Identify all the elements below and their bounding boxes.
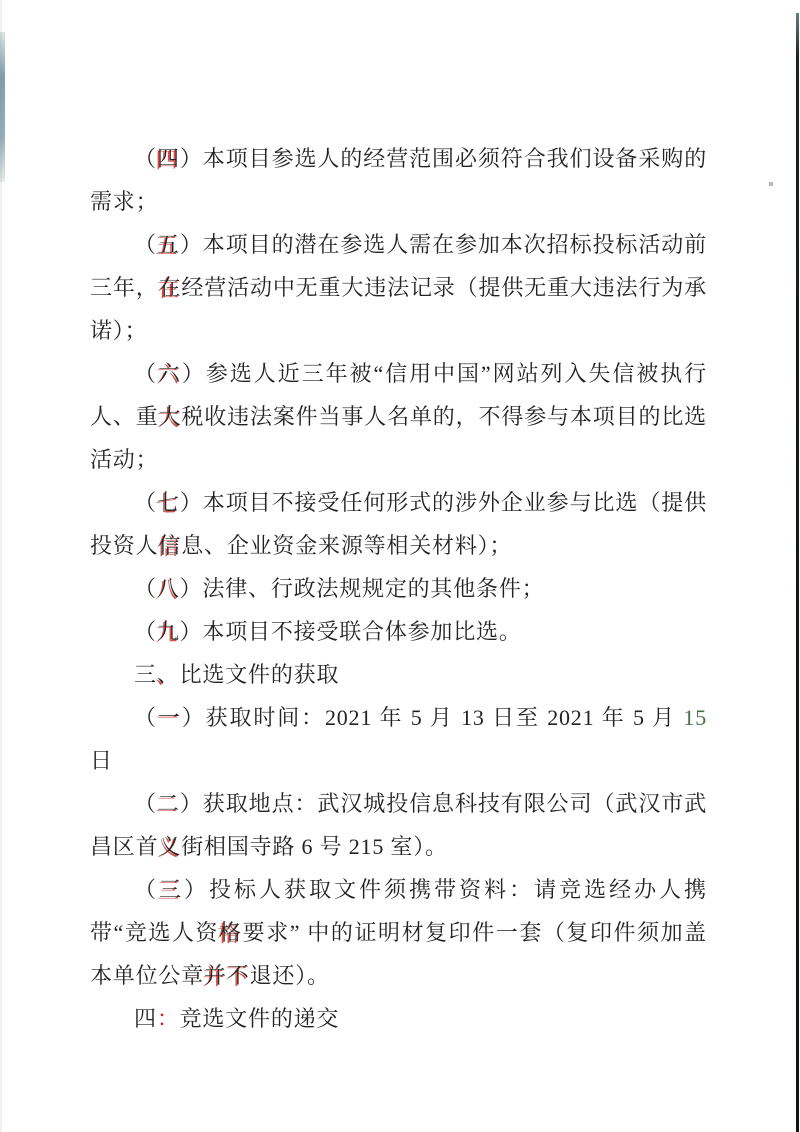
text-segment: 五 [157,232,180,257]
text-segment: （ [134,877,159,902]
text-segment: 退还）。 [250,963,330,988]
text-segment: （ [134,361,158,386]
text-segment: 息、企业资金来源等相关材料）； [181,533,512,558]
clause-7: （七）本项目不接受任何形式的涉外企业参与比选（提供投资人信息、企业资金来源等相关… [90,481,707,567]
text-segment: （ [134,146,157,171]
text-segment: 不 [227,963,250,988]
text-segment: ）本项目参选人的经营范围必须符合我们设备采购的需求； [90,146,707,214]
text-segment: ）获取时间：2021 年 5 月 13 日至 2021 年 5 月 [182,705,684,730]
section-4-heading: 四：竞选文件的递交 [90,997,707,1040]
text-segment: ）本项目不接受联合体参加比选。 [180,619,522,644]
text-segment: 二 [157,791,180,816]
clause-6: （六）参选人近三年被“信用中国”网站列入失信被执行人、重大税收违法案件当事人名单… [90,352,707,481]
text-segment: 九 [157,619,180,644]
text-segment: 税收违法案件当事人名单的，不得参与本项目的比选活动； [90,404,707,472]
clause-5: （五）本项目的潜在参选人需在参加本次招标投标活动前三年，在经营活动中无重大违法记… [90,223,707,352]
clause-4: （四）本项目参选人的经营范围必须符合我们设备采购的需求； [90,137,707,223]
text-segment: 经营活动中无重大违法记录（提供无重大违法行为承诺）； [90,275,707,343]
text-segment: 四 [157,146,180,171]
text-segment: 三 [134,662,157,687]
text-segment: ： [157,1006,180,1031]
text-segment: 街相国寺路 6 号 215 室）。 [181,834,448,859]
clause-8: （八）法律、行政法规规定的其他条件； [90,567,707,610]
text-segment: （ [134,490,157,515]
text-segment: 在 [159,275,182,300]
text-segment: 日 [90,748,113,773]
text-segment: （ [134,576,157,601]
text-segment: 并 [204,963,227,988]
text-segment: 比选文件的获取 [180,662,340,687]
text-segment: 15 [683,705,707,730]
text-segment: 、 [157,662,180,687]
scan-speck [769,182,773,186]
text-segment: 大 [159,404,182,429]
scan-left-edge-artifact [0,32,5,182]
text-segment: 一 [158,705,182,730]
item-3-required-materials: （三）投标人获取文件须携带资料：请竞选经办人携带“竞选人资格要求” 中的证明材复… [90,868,707,997]
text-segment: （ [134,232,157,257]
text-segment: 六 [158,361,182,386]
scan-right-edge-line [796,13,799,1132]
item-2-obtain-place: （二）获取地点：武汉城投信息科技有限公司（武汉市武昌区首义街相国寺路 6 号 2… [90,782,707,868]
text-segment: 四 [134,1006,157,1031]
text-segment: （ [134,791,157,816]
section-3-heading: 三、比选文件的获取 [90,653,707,696]
text-segment: 义 [158,834,181,859]
text-segment: （ [134,619,157,644]
document-page: （四）本项目参选人的经营范围必须符合我们设备采购的需求；（五）本项目的潜在参选人… [90,137,707,1040]
text-segment: 七 [157,490,180,515]
text-segment: 八 [157,576,180,601]
text-segment: 竞选文件的递交 [180,1006,340,1031]
text-segment: （ [134,705,158,730]
text-segment: 三 [159,877,184,902]
clause-9: （九）本项目不接受联合体参加比选。 [90,610,707,653]
item-1-obtain-time: （一）获取时间：2021 年 5 月 13 日至 2021 年 5 月 15 日 [90,696,707,782]
text-segment: 信 [158,533,181,558]
text-segment: ）法律、行政法规规定的其他条件； [180,576,545,601]
text-segment: 格 [219,920,243,945]
